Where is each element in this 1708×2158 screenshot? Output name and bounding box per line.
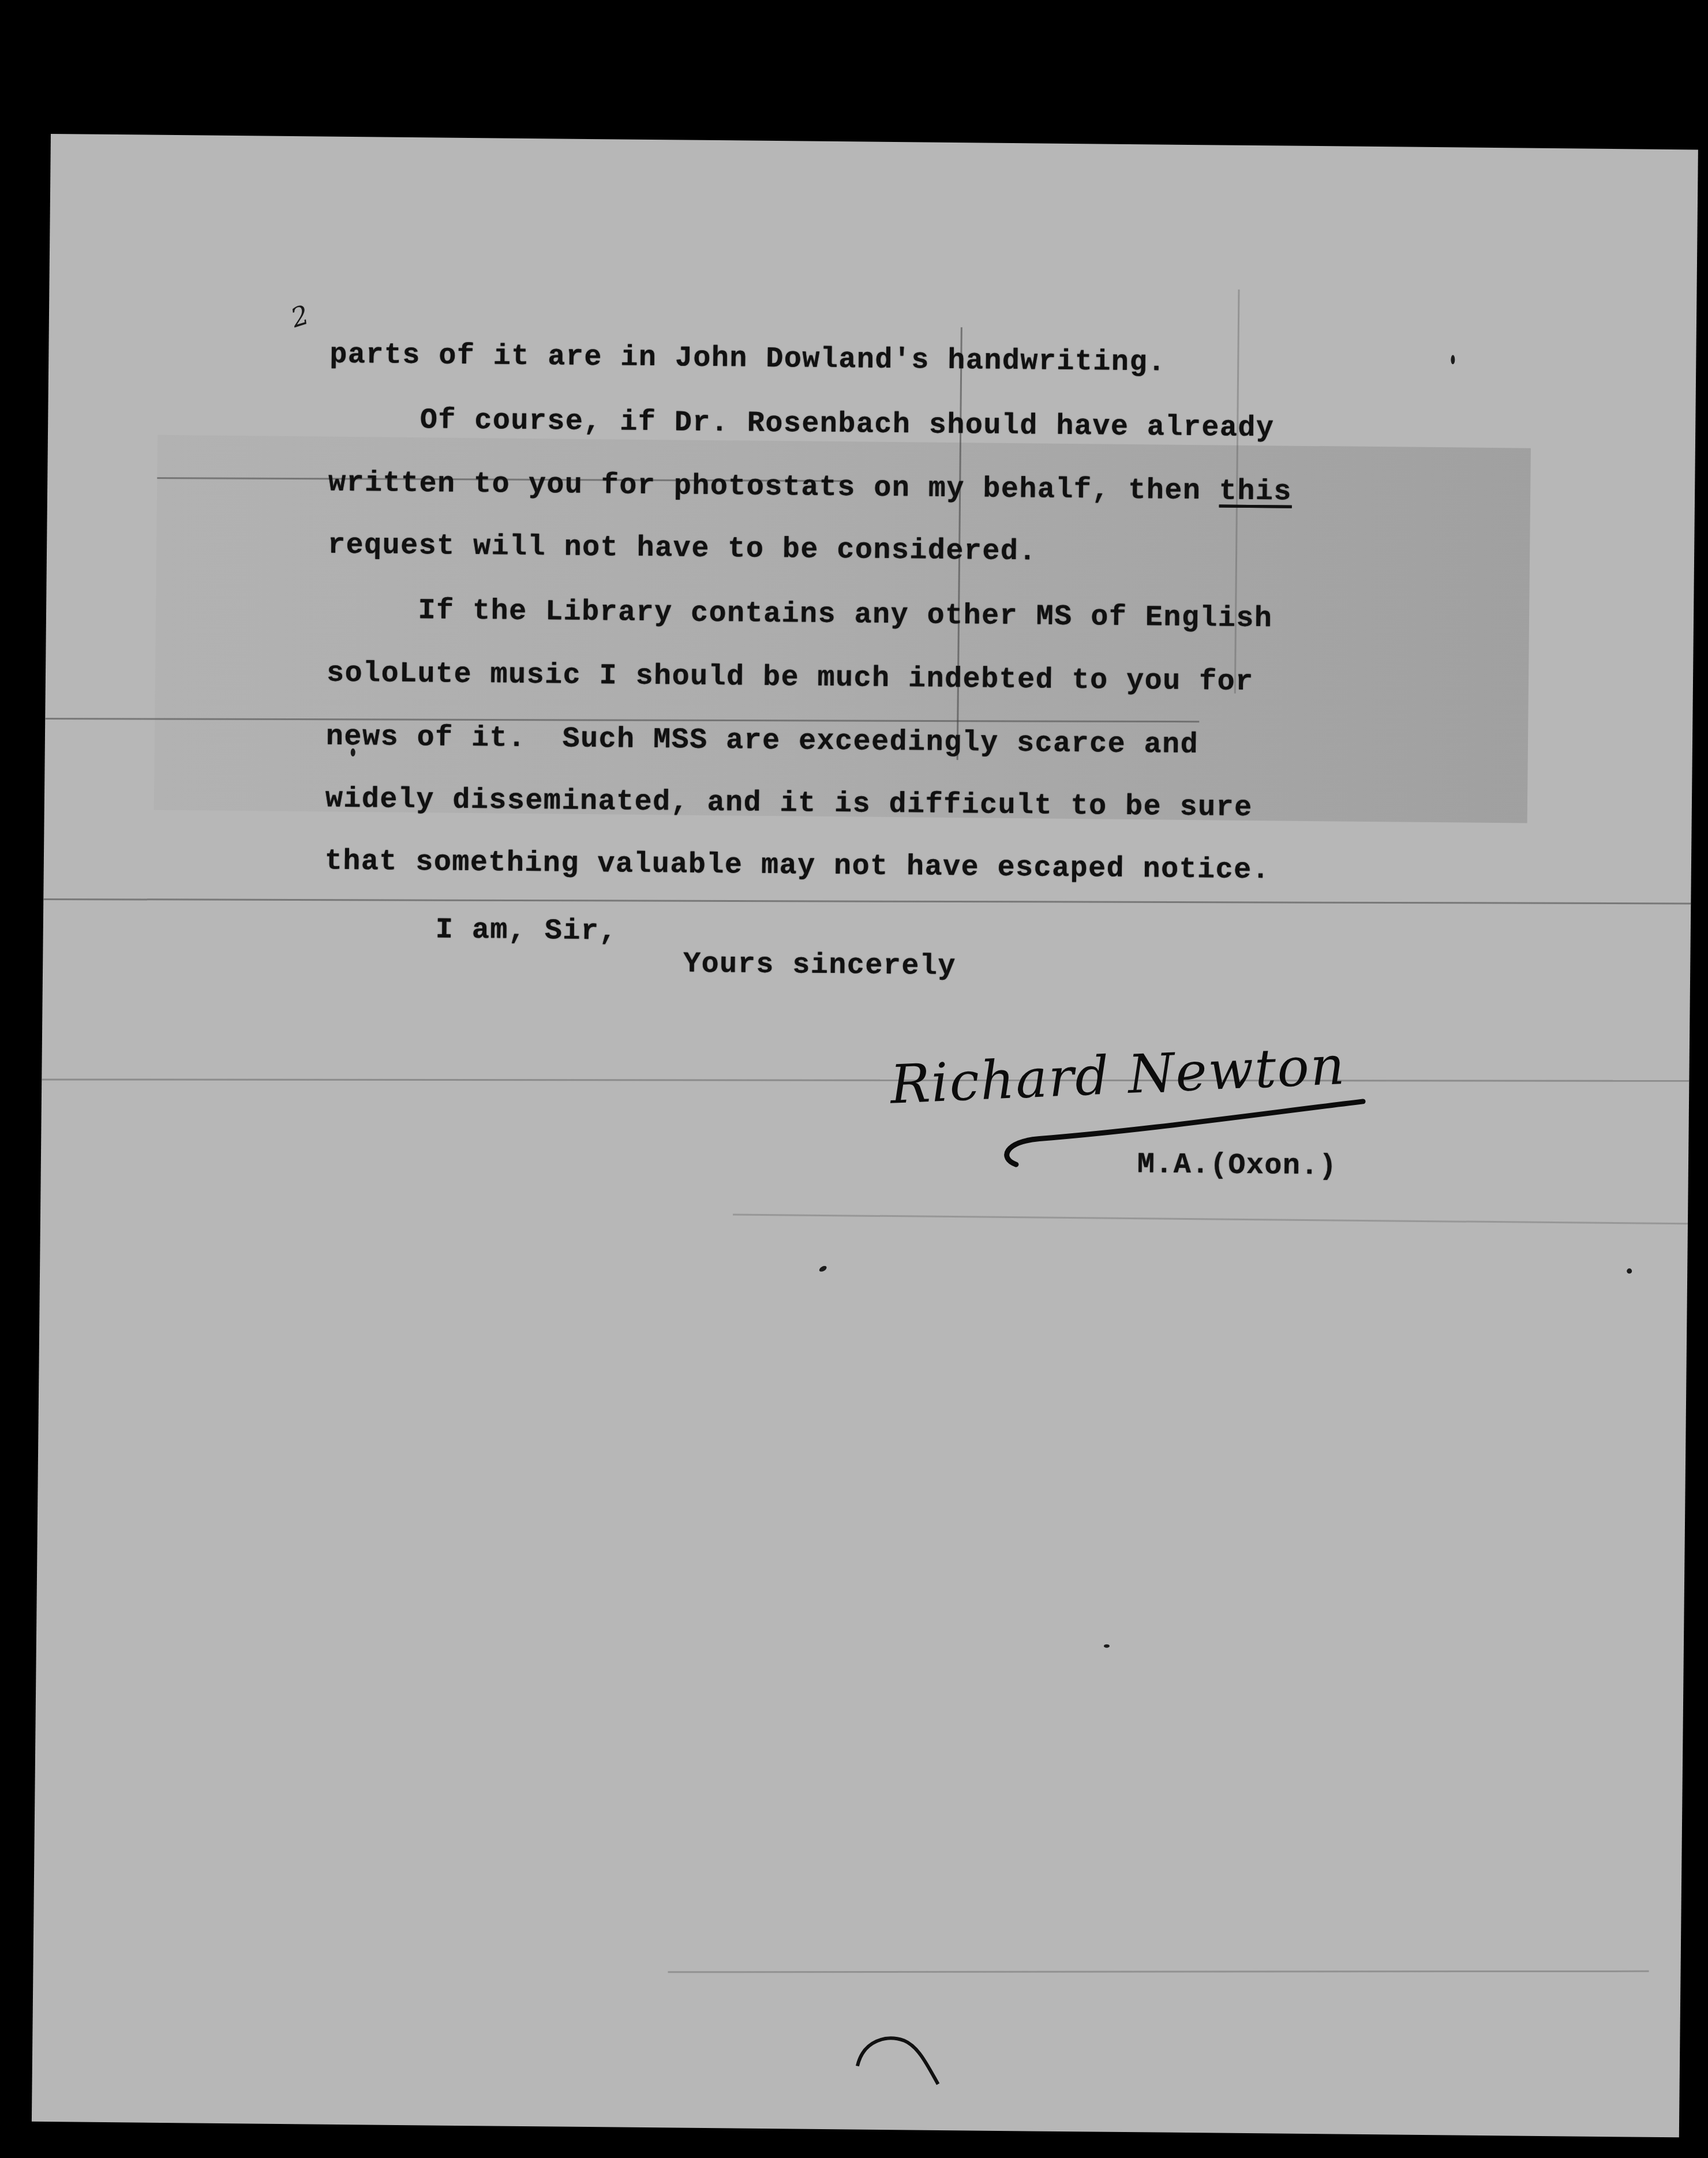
scan-speck [351,748,355,756]
scan-speck [1451,355,1455,364]
body-line-9: that something valuable may not have esc… [325,845,1271,887]
scan-rule-line [668,1970,1649,1973]
body-line-7: news of it. Such MSS are exceedingly sca… [326,721,1199,762]
body-line-4: request will not have to be considered. [328,529,1037,569]
letter-page: 2 parts of it are in John Dowland's hand… [32,134,1698,2137]
scan-speck [1627,1268,1632,1273]
underlined-word: this [1219,475,1293,508]
body-line-6: soloLute music I should be much indebted… [327,657,1254,699]
scan-speck [818,1265,827,1273]
body-line-2: Of course, if Dr. Rosenbach should have … [329,403,1275,445]
body-line-5: If the Library contains any other MS of … [327,594,1273,636]
closing-valediction: Yours sincerely [683,948,956,984]
scan-mark-icon [852,2028,950,2087]
scan-rule-line [733,1213,1688,1224]
signatory-credentials: M.A.(Oxon.) [1137,1148,1338,1183]
body-line-8: widely disseminated, and it is difficult… [325,783,1253,825]
page-number-mark: 2 [287,299,313,334]
scan-rule-line [43,898,1691,904]
body-line-3-text: written to you for photostats on my beha… [328,467,1219,508]
body-line-3: written to you for photostats on my beha… [328,467,1292,509]
scan-rule-line [42,1078,1689,1081]
scan-rule-line [45,718,1199,722]
scan-speck [1104,1644,1110,1648]
body-line-1: parts of it are in John Dowland's handwr… [329,339,1166,380]
closing-salutation: I am, Sir, [436,913,618,948]
